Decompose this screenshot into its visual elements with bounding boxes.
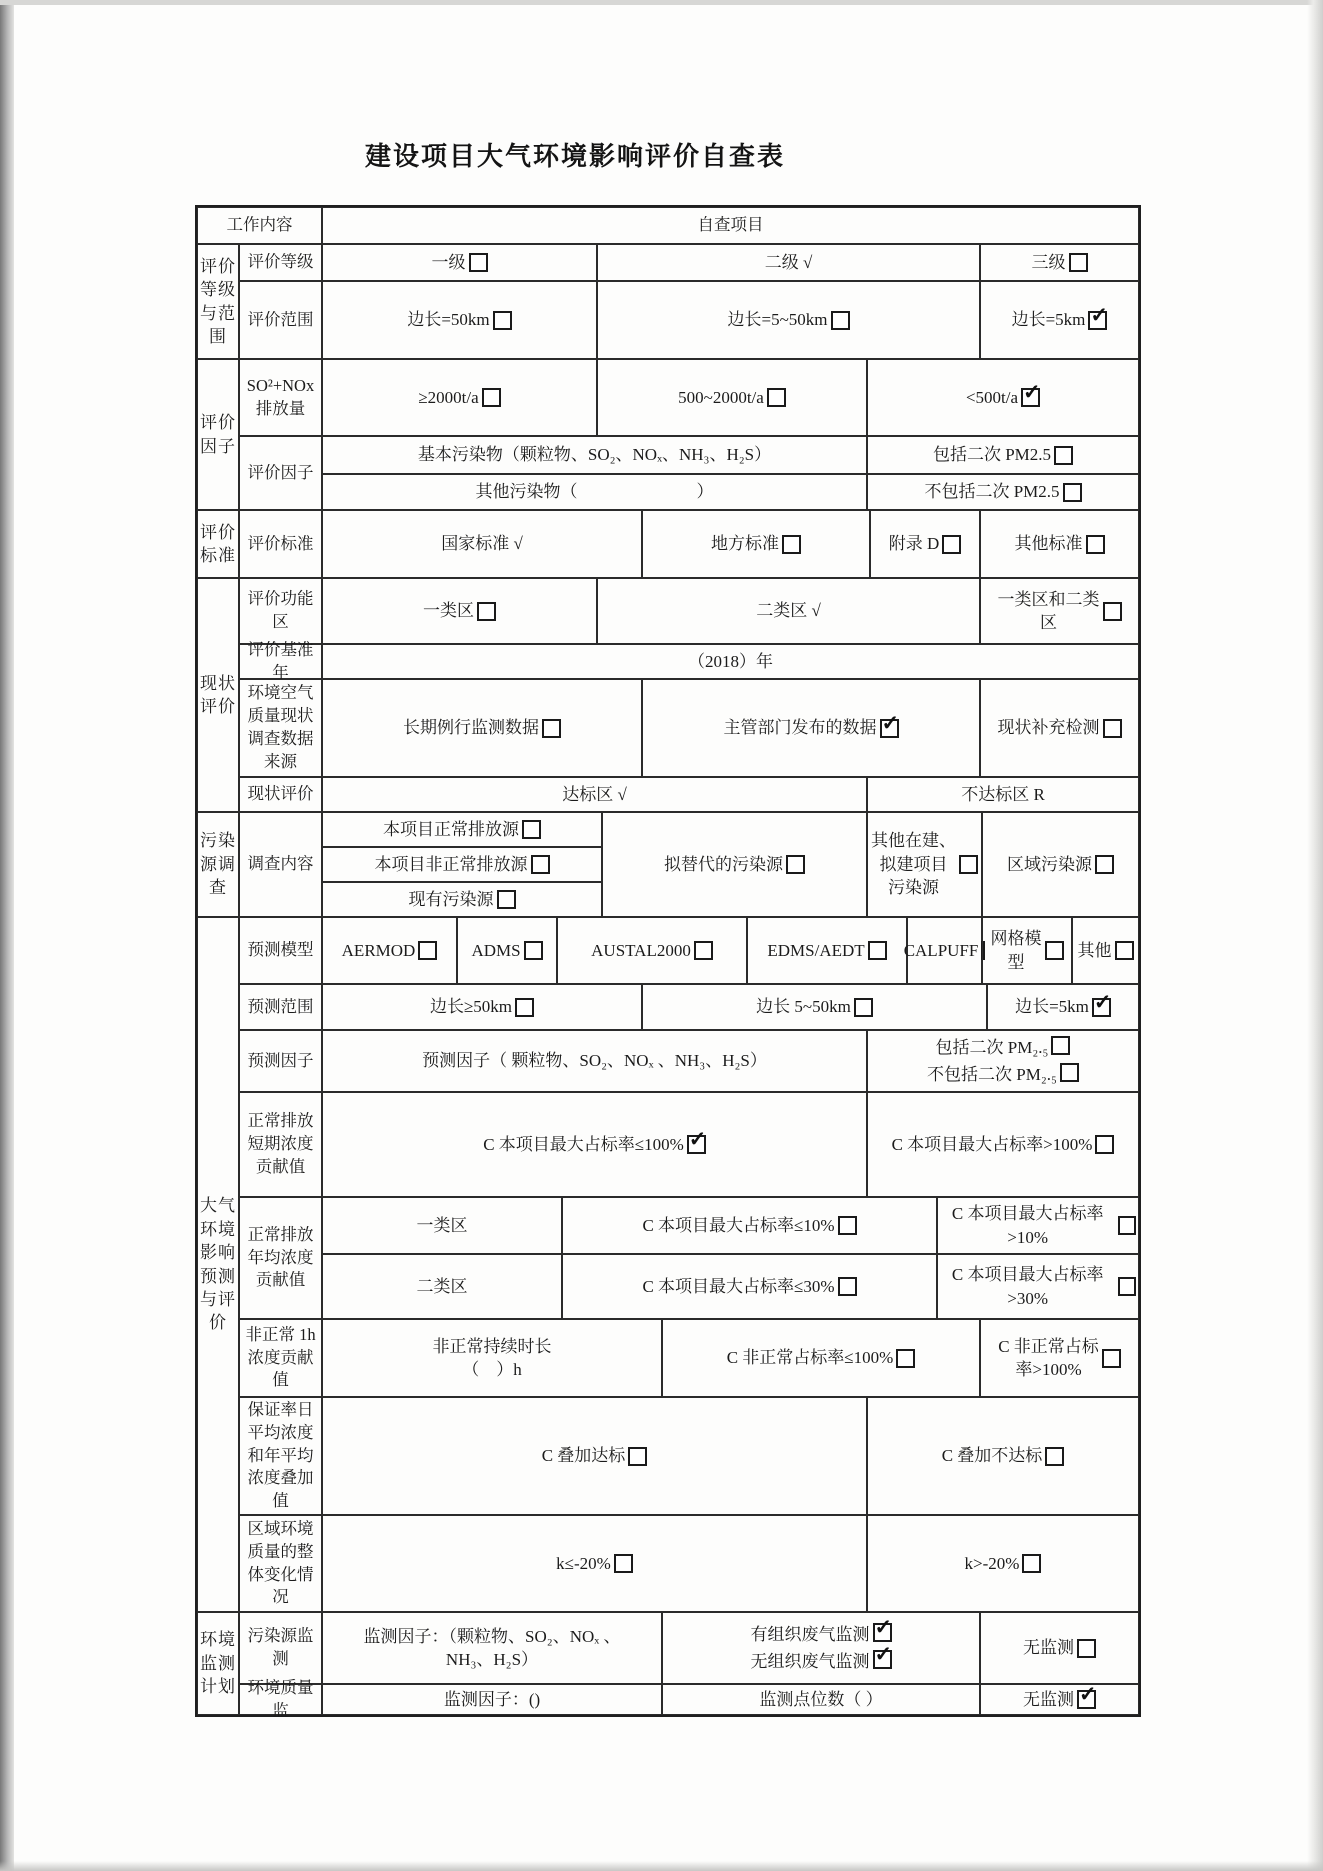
label-annual: 正常排放年均浓度贡献值 [239, 1197, 322, 1319]
cell-survey-replaced-source: 拟替代的污染源 [602, 812, 867, 917]
cell-scope-50km: 边长=50km [322, 281, 597, 359]
checkbox-unchecked [524, 941, 543, 960]
checkbox-unchecked [1095, 855, 1114, 874]
cell-source-monitor-factors: 监测因子：（颗粒物、SO₂、NOₓ 、 NH₃、H₂S） [322, 1612, 662, 1684]
cell-annual-zone2: 二类区 [322, 1254, 562, 1319]
checkbox-unchecked [942, 535, 961, 554]
cell-standard-appendix-d: 附录 D [870, 510, 980, 578]
checkbox-checked [1077, 1690, 1096, 1709]
label-short-term: 正常排放短期浓度贡献值 [239, 1092, 322, 1197]
checkbox-unchecked [418, 941, 437, 960]
cell-emission-lt500: <500t/a [867, 359, 1139, 436]
checkbox-unchecked [767, 388, 786, 407]
cell-source-longterm: 长期例行监测数据 [322, 679, 642, 777]
cell-quality-monitor-factors: 监测因子：() [322, 1684, 662, 1715]
header-work-content: 工作内容 [197, 207, 322, 244]
label-data-source: 环境空气质量现状调查数据来源 [239, 679, 322, 777]
label-emission: SO²+NOx 排放量 [239, 359, 322, 436]
label-quality-monitor: 环境质量监 [239, 1684, 322, 1715]
checkbox-unchecked [1060, 1063, 1079, 1082]
label-func-zone: 评价功能区 [239, 578, 322, 644]
checkbox-unchecked [522, 820, 541, 839]
checkbox-unchecked [854, 998, 873, 1017]
checkbox-checked [1088, 311, 1107, 330]
cell-status-attainment: 达标区 √ [322, 777, 867, 812]
checkbox-unchecked [782, 535, 801, 554]
checkbox-unchecked [1102, 1349, 1121, 1368]
pred-factor-excl: 不包括二次 PM₂.₅ [927, 1063, 1079, 1086]
label-model: 预测模型 [239, 917, 322, 984]
checkbox-unchecked [1045, 941, 1064, 960]
label-regional: 区域环境质量的整体变化情况 [239, 1515, 322, 1612]
cell-status-nonattainment: 不达标区 R [867, 777, 1139, 812]
cell-short-term-le100: C 本项目最大占标率≤100% [322, 1092, 867, 1197]
group-monitoring: 环境监测计划 [197, 1612, 239, 1715]
cell-source-monitor-types: 有组织废气监测 无组织废气监测 [662, 1612, 980, 1684]
checkbox-unchecked [531, 855, 550, 874]
cell-grade-level1: 一级 [322, 244, 597, 281]
cell-survey-existing-source: 现有污染源 [322, 882, 602, 917]
cell-annual-zone1-le10: C 本项目最大占标率≤10% [562, 1197, 937, 1254]
self-check-table: 工作内容 自查项目 评价等级与范围 评价因子 评价标准 现状评价 污染源调查 大… [195, 205, 1141, 1717]
scan-edge-bottom [0, 1861, 1323, 1871]
checkbox-unchecked [1022, 1554, 1041, 1573]
cell-survey-normal-source: 本项目正常排放源 [322, 812, 602, 847]
cell-factor-excl-pm25: 不包括二次 PM2.5 [867, 474, 1139, 510]
label-factor: 评价因子 [239, 436, 322, 510]
checkbox-unchecked [482, 388, 501, 407]
cell-model-other: 其他 [1072, 917, 1139, 984]
cell-grade-level3: 三级 [980, 244, 1139, 281]
label-standard: 评价标准 [239, 510, 322, 578]
checkbox-checked [873, 1623, 892, 1642]
cell-scope-5-50km: 边长=5~50km [597, 281, 980, 359]
group-prediction: 大气环境影响预测与评价 [197, 917, 239, 1612]
checkbox-unchecked [493, 311, 512, 330]
cell-annual-zone2-gt30: C 本项目最大占标率>30% [937, 1254, 1139, 1319]
scan-edge-left [0, 0, 14, 1871]
cell-source-supplement: 现状补充检测 [980, 679, 1139, 777]
checkbox-unchecked [1086, 535, 1105, 554]
checkbox-checked [687, 1135, 706, 1154]
cell-source-authority: 主管部门发布的数据 [642, 679, 980, 777]
group-status-quo: 现状评价 [197, 578, 239, 812]
cell-abnormal-le100: C 非正常占标率≤100% [662, 1319, 980, 1397]
checkbox-unchecked [694, 941, 713, 960]
pred-factor-incl: 包括二次 PM₂.₅ [936, 1036, 1071, 1059]
cell-grade-level2: 二级 √ [597, 244, 980, 281]
cell-abnormal-gt100: C 非正常占标 率>100% [980, 1319, 1139, 1397]
cell-zone-class1: 一类区 [322, 578, 597, 644]
checkbox-unchecked [1115, 941, 1134, 960]
cell-short-term-gt100: C 本项目最大占标率>100% [867, 1092, 1139, 1197]
checkbox-checked [1092, 998, 1111, 1017]
label-base-year: 评价基准年 [239, 644, 322, 679]
checkbox-checked [880, 719, 899, 738]
checkbox-unchecked [1095, 1135, 1114, 1154]
checkbox-unchecked [542, 719, 561, 738]
cell-pred-scope-5-50: 边长 5~50km [642, 984, 987, 1030]
cell-source-monitor-none: 无监测 [980, 1612, 1139, 1684]
checkbox-unchecked [1118, 1277, 1136, 1296]
cell-model-austal2000: AUSTAL2000 [557, 917, 747, 984]
cell-emission-500-2000: 500~2000t/a [597, 359, 867, 436]
checkbox-unchecked [786, 855, 805, 874]
scan-edge-right [1307, 0, 1323, 1871]
cell-zone-class1and2: 一类区和二类 区 [980, 578, 1139, 644]
checkbox-checked [1021, 388, 1040, 407]
cell-survey-abnormal-source: 本项目非正常排放源 [322, 847, 602, 882]
checkbox-unchecked [1054, 446, 1073, 465]
cell-model-calpuff: CALPUFF [907, 917, 982, 984]
checkbox-unchecked [1063, 483, 1082, 502]
header-self-check: 自查项目 [322, 207, 1139, 244]
cell-standard-local: 地方标准 [642, 510, 870, 578]
label-grade: 评价等级 [239, 244, 322, 281]
cell-model-adms: ADMS [457, 917, 557, 984]
checkbox-unchecked [1118, 1216, 1136, 1235]
checkbox-unchecked [868, 941, 887, 960]
checkbox-unchecked [1069, 253, 1088, 272]
cell-survey-other-projects: 其他在建、 拟建项目 污染源 [867, 812, 982, 917]
scan-edge-top [0, 0, 1323, 5]
checkbox-unchecked [628, 1447, 647, 1466]
checkbox-unchecked [614, 1554, 633, 1573]
cell-base-year-value: （2018）年 [322, 644, 1139, 679]
cell-pred-factor-pm25: 包括二次 PM₂.₅ 不包括二次 PM₂.₅ [867, 1030, 1139, 1092]
label-source-monitor: 污染源监测 [239, 1612, 322, 1684]
cell-standard-other: 其他标准 [980, 510, 1139, 578]
cell-pred-factor-value: 预测因子（ 颗粒物、SO₂、NOₓ 、NH₃、H₂S） [322, 1030, 867, 1092]
label-scope: 评价范围 [239, 281, 322, 359]
checkbox-unchecked [896, 1349, 915, 1368]
checkbox-unchecked [1051, 1036, 1070, 1055]
checkbox-unchecked [515, 998, 534, 1017]
cell-pred-scope-ge50: 边长≥50km [322, 984, 642, 1030]
label-pred-factor: 预测因子 [239, 1030, 322, 1092]
checkbox-checked [873, 1650, 892, 1669]
group-standards: 评价标准 [197, 510, 239, 578]
checkbox-unchecked [838, 1277, 857, 1296]
cell-model-edms-aedt: EDMS/AEDT [747, 917, 907, 984]
cell-factor-basic: 基本污染物（颗粒物、SO₂、NOₓ、NH₃、H₂S） [322, 436, 867, 474]
label-pred-scope: 预测范围 [239, 984, 322, 1030]
checkbox-unchecked [838, 1216, 857, 1235]
group-factors: 评价因子 [197, 359, 239, 510]
checkbox-unchecked [1077, 1639, 1096, 1658]
cell-regional-k-le: k≤-20% [322, 1515, 867, 1612]
cell-emission-ge2000: ≥2000t/a [322, 359, 597, 436]
cell-pred-scope-5: 边长=5km [987, 984, 1139, 1030]
group-pollution-survey: 污染源调查 [197, 812, 239, 917]
checkbox-unchecked [477, 602, 496, 621]
cell-guarantee-attain: C 叠加达标 [322, 1397, 867, 1515]
cell-model-grid: 网格模 型 [982, 917, 1072, 984]
checkbox-unchecked [497, 890, 516, 909]
unorganized-exhaust-monitoring: 无组织废气监测 [751, 1650, 892, 1673]
cell-survey-regional-source: 区域污染源 [982, 812, 1139, 917]
page-title: 建设项目大气环境影响评价自查表 [0, 136, 1150, 173]
label-abnormal: 非正常 1h 浓度贡献值 [239, 1319, 322, 1397]
cell-annual-zone1: 一类区 [322, 1197, 562, 1254]
cell-abnormal-duration: 非正常持续时长 （ ）h [322, 1319, 662, 1397]
organized-exhaust-monitoring: 有组织废气监测 [751, 1623, 892, 1646]
cell-scope-5km: 边长=5km [980, 281, 1139, 359]
label-guarantee: 保证率日平均浓度和年平均浓度叠加值 [239, 1397, 322, 1515]
checkbox-unchecked [959, 855, 978, 874]
cell-zone-class2: 二类区 √ [597, 578, 980, 644]
checkbox-unchecked [1103, 602, 1122, 621]
cell-factor-incl-pm25: 包括二次 PM2.5 [867, 436, 1139, 474]
cell-standard-national: 国家标准 √ [322, 510, 642, 578]
cell-regional-k-gt: k>-20% [867, 1515, 1139, 1612]
checkbox-unchecked [469, 253, 488, 272]
checkbox-unchecked [1045, 1447, 1064, 1466]
checkbox-unchecked [831, 311, 850, 330]
cell-factor-other: 其他污染物（ ） [322, 474, 867, 510]
cell-quality-monitor-points: 监测点位数（ ） [662, 1684, 980, 1715]
label-survey: 调查内容 [239, 812, 322, 917]
label-status: 现状评价 [239, 777, 322, 812]
cell-annual-zone2-le30: C 本项目最大占标率≤30% [562, 1254, 937, 1319]
cell-model-aermod: AERMOD [322, 917, 457, 984]
cell-guarantee-nonattain: C 叠加不达标 [867, 1397, 1139, 1515]
cell-annual-zone1-gt10: C 本项目最大占标率>10% [937, 1197, 1139, 1254]
group-grade-scope: 评价等级与范围 [197, 244, 239, 359]
checkbox-unchecked [1103, 719, 1122, 738]
cell-quality-monitor-none: 无监测 [980, 1684, 1139, 1715]
